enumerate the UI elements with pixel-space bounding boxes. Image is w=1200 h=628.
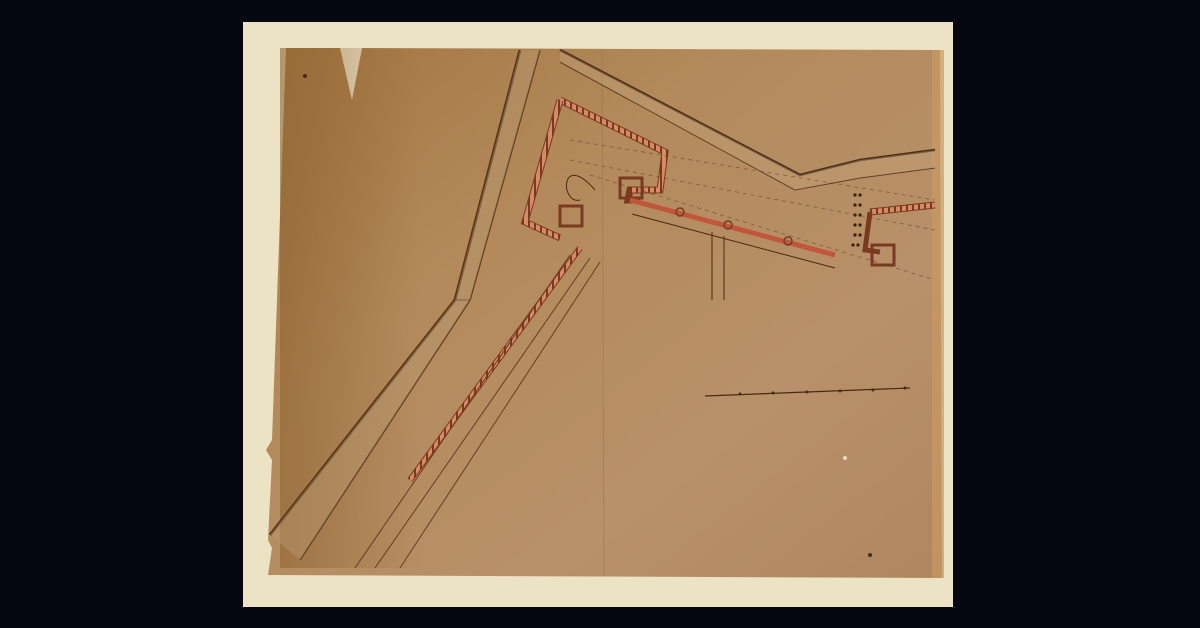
paper-stain (280, 48, 420, 568)
paper-spot (843, 456, 847, 460)
pin-hole (303, 74, 307, 78)
paper-edge (932, 50, 944, 578)
pin-hole (868, 553, 872, 557)
scan-canvas (0, 0, 1200, 628)
map-drawing (0, 0, 1200, 628)
